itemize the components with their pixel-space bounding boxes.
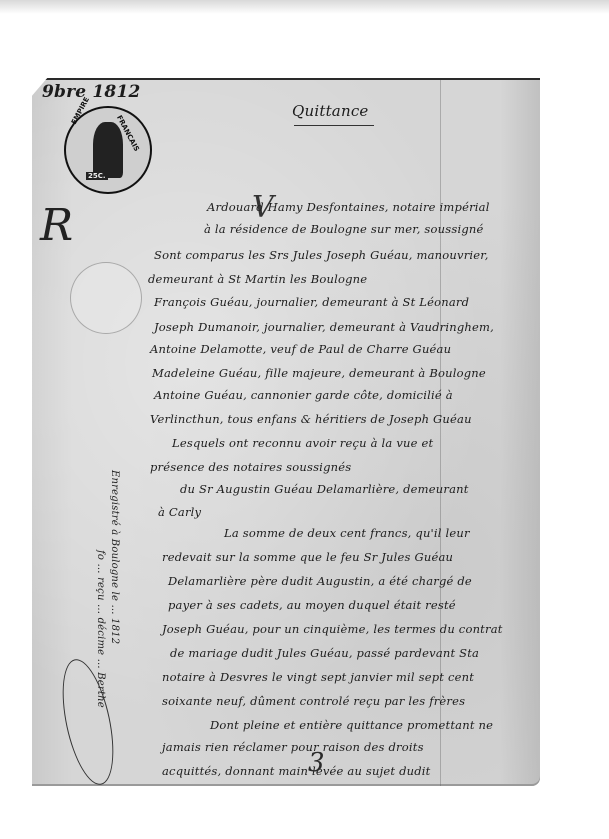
body-line: à Carly: [158, 505, 201, 519]
body-line: Delamarlière père dudit Augustin, a été …: [168, 574, 472, 588]
body-line: Verlincthun, tous enfans & héritiers de …: [150, 412, 472, 426]
body-line: redevait sur la somme que le feu Sr Jule…: [162, 550, 453, 564]
body-line: payer à ses cadets, au moyen duquel étai…: [168, 598, 456, 612]
stamp-value: 25C.: [86, 172, 108, 180]
body-line: demeurant à St Martin les Boulogne: [148, 272, 367, 286]
body-line: acquittés, donnant main levée au sujet d…: [162, 764, 431, 778]
embossed-seal-icon: [70, 262, 142, 334]
body-line: La somme de deux cent francs, qu'il leur: [224, 526, 470, 540]
body-line: Lesquels ont reconnu avoir reçu à la vue…: [172, 436, 433, 450]
body-line: Antoine Guéau, cannonier garde côte, dom…: [154, 388, 453, 402]
body-line: de mariage dudit Jules Guéau, passé pard…: [170, 646, 479, 660]
body-line: du Sr Augustin Guéau Delamarlière, demeu…: [180, 482, 469, 496]
body-line: Joseph Dumanoir, journalier, demeurant à…: [154, 320, 494, 334]
body-line: Madeleine Guéau, fille majeure, demeuran…: [152, 366, 486, 380]
body-line: François Guéau, journalier, demeurant à …: [154, 295, 469, 309]
body-line: à la résidence de Boulogne sur mer, sous…: [204, 222, 484, 236]
body-line: notaire à Desvres le vingt sept janvier …: [162, 670, 474, 684]
body-line: soixante neuf, dûment controlé reçu par …: [162, 694, 465, 708]
header-underline: [294, 125, 374, 126]
document-header: Quittance: [292, 102, 369, 120]
margin-note-registration: Enregistré à Boulogne le … 1812: [109, 470, 120, 644]
tax-stamp-icon: EMPIRE FRANCAIS 25C.: [64, 106, 152, 194]
body-line: Joseph Guéau, pour un cinquième, les ter…: [162, 622, 503, 636]
body-line: présence des notaires soussignés: [150, 460, 351, 474]
body-line: jamais rien réclamer pour raison des dro…: [162, 740, 424, 754]
margin-oval-mark: [53, 655, 123, 789]
margin-note-signature: fo … reçu … décime … Berthe: [95, 550, 106, 708]
page-number: 3: [308, 748, 325, 778]
body-line: Ardouard Hamy Desfontaines, notaire impé…: [207, 200, 490, 214]
margin-initial: R: [40, 200, 73, 251]
document-page: 9bre 1812 EMPIRE FRANCAIS 25C. Quittance…: [32, 78, 540, 786]
body-line: Dont pleine et entière quittance promett…: [210, 718, 493, 732]
scan-top-shadow: [0, 0, 609, 14]
body-line: Antoine Delamotte, veuf de Paul de Charr…: [150, 342, 451, 356]
stamp-figure-icon: [93, 122, 123, 178]
body-line: Sont comparus les Srs Jules Joseph Guéau…: [154, 248, 489, 262]
